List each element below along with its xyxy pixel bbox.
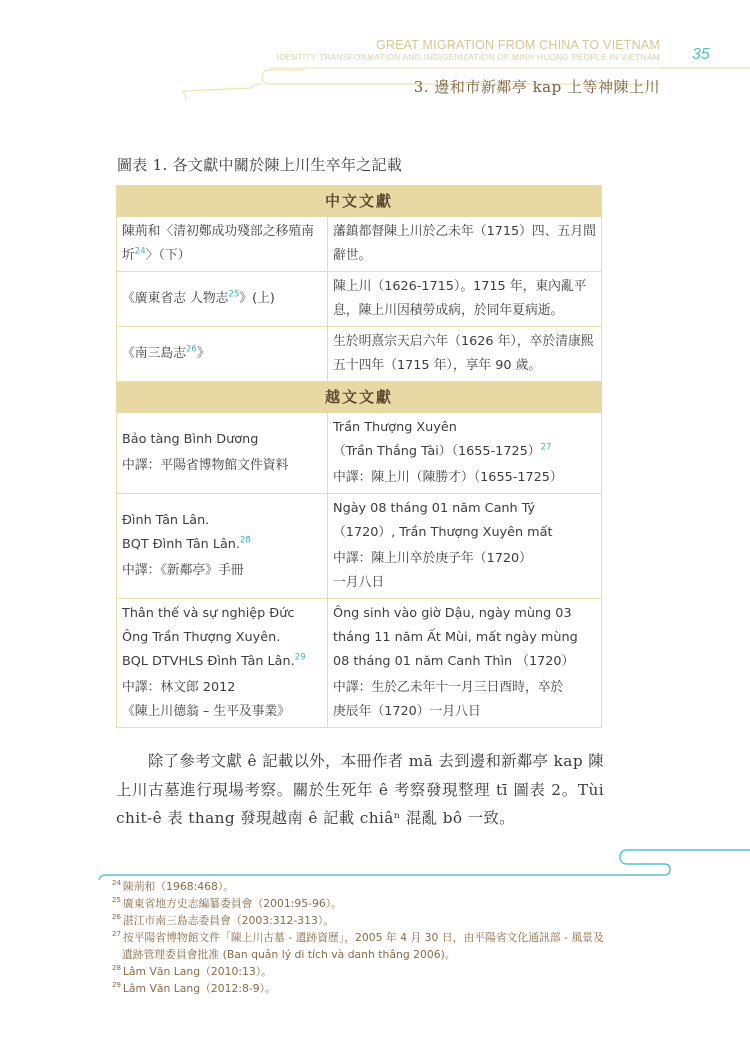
record-line: Ngày 08 tháng 01 năm Canh Tý — [333, 497, 597, 521]
footnote-ref[interactable]: 24 — [135, 247, 146, 257]
record-translation: 庚辰年（1720）一月八日 — [333, 700, 597, 724]
source-tail: 〉（下） — [146, 248, 191, 263]
record-translation: 一月八日 — [333, 571, 597, 595]
source-tail: 》(上) — [239, 291, 275, 306]
record-cell: 陳上川（1626-1715）。1715 年，東內亂平息，陳上川因積勞成病，於同年… — [328, 272, 602, 327]
footnote-ref[interactable]: 29 — [295, 653, 306, 663]
footnote-27: 27按平陽省博物館文件「陳上川古墓 - 遺跡資歷」，2005 年 4 月 30 … — [112, 929, 712, 946]
footnote-text: 廣東省地方史志編纂委員會（2001:95-96）。 — [123, 897, 342, 910]
record-cell: 生於明熹宗天启六年（1626 年），卒於清康熙五十四年（1715 年），享年 9… — [328, 327, 602, 382]
record-line: 08 tháng 01 năm Canh Thìn （1720） — [333, 650, 597, 674]
source-line: Thân thế và sự nghiệp Đức — [122, 602, 323, 626]
chapter-title: 3. 邊和市新鄰亭 kap 上等神陳上川 — [414, 76, 660, 97]
section-header-vietnamese: 越文文獻 — [117, 382, 602, 413]
footnote-text: 按平陽省博物館文件「陳上川古墓 - 遺跡資歷」，2005 年 4 月 30 日，… — [123, 931, 604, 944]
record-cell: Trần Thượng Xuyên （Trần Thắng Tài）（1655-… — [328, 413, 602, 494]
section-header-chinese: 中文文獻 — [117, 186, 602, 217]
record-line: Trần Thượng Xuyên — [333, 416, 597, 440]
record-cell: Ngày 08 tháng 01 năm Canh Tý （1720）, Trầ… — [328, 494, 602, 599]
source-line: BQT Đình Tân Lân.28 — [122, 533, 323, 557]
table-row: 《南三島志26》 生於明熹宗天启六年（1626 年），卒於清康熙五十四年（171… — [117, 327, 602, 382]
footnote-text: 湛江市南三島志委員會（2003:312-313）。 — [123, 914, 334, 927]
record-translation: 中譯：生於乙未年十一月三日酉時，卒於 — [333, 676, 597, 700]
footnote-number: 29 — [112, 981, 121, 989]
source-translation: 《陳上川德翁 – 生平及事業》 — [122, 700, 323, 724]
source-cell: Bảo tàng Bình Dương 中譯：平陽省博物館文件資料 — [117, 413, 328, 494]
sources-table: 中文文獻 陳荊和〈清初鄭成功殘部之移殖南圻24〉（下） 藩鎮都督陳上川於乙未年（… — [116, 185, 602, 728]
source-translation: 中譯：平陽省博物館文件資料 — [122, 454, 323, 478]
record-cell: Ông sinh vào giờ Dậu, ngày mùng 03 tháng… — [328, 599, 602, 728]
source-cell: Đình Tân Lân. BQT Đình Tân Lân.28 中譯：《新鄰… — [117, 494, 328, 599]
footnote-number: 24 — [112, 879, 121, 887]
source-line: Đình Tân Lân. — [122, 509, 323, 533]
source-line: Ông Trần Thượng Xuyên. — [122, 626, 323, 650]
table-row: Thân thế và sự nghiệp Đức Ông Trần Thượn… — [117, 599, 602, 728]
running-header-subtitle: IDENTITY TRANSFORMATION AND INDIGENIZATI… — [277, 52, 660, 62]
footnote-28: 28Lâm Văn Lang（2010:13）。 — [112, 963, 712, 980]
table-caption: 圖表 1. 各文獻中關於陳上川生卒年之記載 — [117, 154, 402, 175]
footnote-text: 陳荊和（1968:468）。 — [123, 880, 234, 893]
running-header-title: GREAT MIGRATION FROM CHINA TO VIETNAM — [376, 38, 660, 52]
source-cell: 《南三島志26》 — [117, 327, 328, 382]
record-translation: 中譯：陳上川卒於庚子年（1720） — [333, 547, 597, 571]
footnote-number: 28 — [112, 964, 121, 972]
footnote-ref[interactable]: 26 — [186, 345, 197, 355]
source-cell: 陳荊和〈清初鄭成功殘部之移殖南圻24〉（下） — [117, 217, 328, 272]
source-cell: Thân thế và sự nghiệp Đức Ông Trần Thượn… — [117, 599, 328, 728]
section-heading: 中文文獻 — [117, 186, 602, 217]
source-text: 《南三島志 — [122, 346, 186, 361]
footnote-ref[interactable]: 28 — [240, 536, 251, 546]
footnote-number: 26 — [112, 913, 121, 921]
section-heading: 越文文獻 — [117, 382, 602, 413]
footnote-ref[interactable]: 27 — [541, 443, 552, 453]
footnote-text: Lâm Văn Lang（2012:8-9）。 — [123, 982, 276, 995]
footnote-24: 24陳荊和（1968:468）。 — [112, 878, 712, 895]
table-row: Đình Tân Lân. BQT Đình Tân Lân.28 中譯：《新鄰… — [117, 494, 602, 599]
source-translation: 中譯：林文郎 2012 — [122, 676, 323, 700]
source-tail: 》 — [197, 346, 210, 361]
footnote-29: 29Lâm Văn Lang（2012:8-9）。 — [112, 980, 712, 997]
body-paragraph: 除了參考文獻 ê 記載以外，本冊作者 mā 去到邊和新鄰亭 kap 陳上川古墓進… — [116, 747, 604, 833]
source-translation: 中譯：《新鄰亭》手冊 — [122, 559, 323, 583]
source-line: BQL DTVHLS Đình Tân Lân.29 — [122, 650, 323, 674]
source-line: Bảo tàng Bình Dương — [122, 428, 323, 452]
source-line-text: BQT Đình Tân Lân. — [122, 537, 240, 552]
footnote-text: Lâm Văn Lang（2010:13）。 — [123, 965, 272, 978]
footnote-27-continued: 遺跡管理委員會批准 (Ban quản lý di tích và danh t… — [112, 946, 712, 963]
source-line-text: BQL DTVHLS Đình Tân Lân. — [122, 654, 295, 669]
record-cell: 藩鎮都督陳上川於乙未年（1715）四、五月間辭世。 — [328, 217, 602, 272]
table-row: Bảo tàng Bình Dương 中譯：平陽省博物館文件資料 Trần T… — [117, 413, 602, 494]
footnote-25: 25廣東省地方史志編纂委員會（2001:95-96）。 — [112, 895, 712, 912]
record-line-text: （Trần Thắng Tài）（1655-1725） — [333, 444, 541, 459]
record-line: Ông sinh vào giờ Dậu, ngày mùng 03 — [333, 602, 597, 626]
footnote-26: 26湛江市南三島志委員會（2003:312-313）。 — [112, 912, 712, 929]
table-row: 《廣東省志 人物志25》(上) 陳上川（1626-1715）。1715 年，東內… — [117, 272, 602, 327]
footnotes: 24陳荊和（1968:468）。 25廣東省地方史志編纂委員會（2001:95-… — [112, 878, 712, 997]
record-line: （1720）, Trần Thượng Xuyên mất — [333, 521, 597, 545]
table-row: 陳荊和〈清初鄭成功殘部之移殖南圻24〉（下） 藩鎮都督陳上川於乙未年（1715）… — [117, 217, 602, 272]
footnote-number: 27 — [112, 930, 121, 938]
record-line: tháng 11 năm Ất Mùi, mất ngày mùng — [333, 626, 597, 650]
record-line: （Trần Thắng Tài）（1655-1725）27 — [333, 440, 597, 464]
footnote-ref[interactable]: 25 — [228, 290, 239, 300]
page-number: 35 — [692, 46, 710, 64]
record-translation: 中譯：陳上川（陳勝才）（1655-1725） — [333, 466, 597, 490]
source-cell: 《廣東省志 人物志25》(上) — [117, 272, 328, 327]
footnote-number: 25 — [112, 896, 121, 904]
source-text: 《廣東省志 人物志 — [122, 291, 228, 306]
